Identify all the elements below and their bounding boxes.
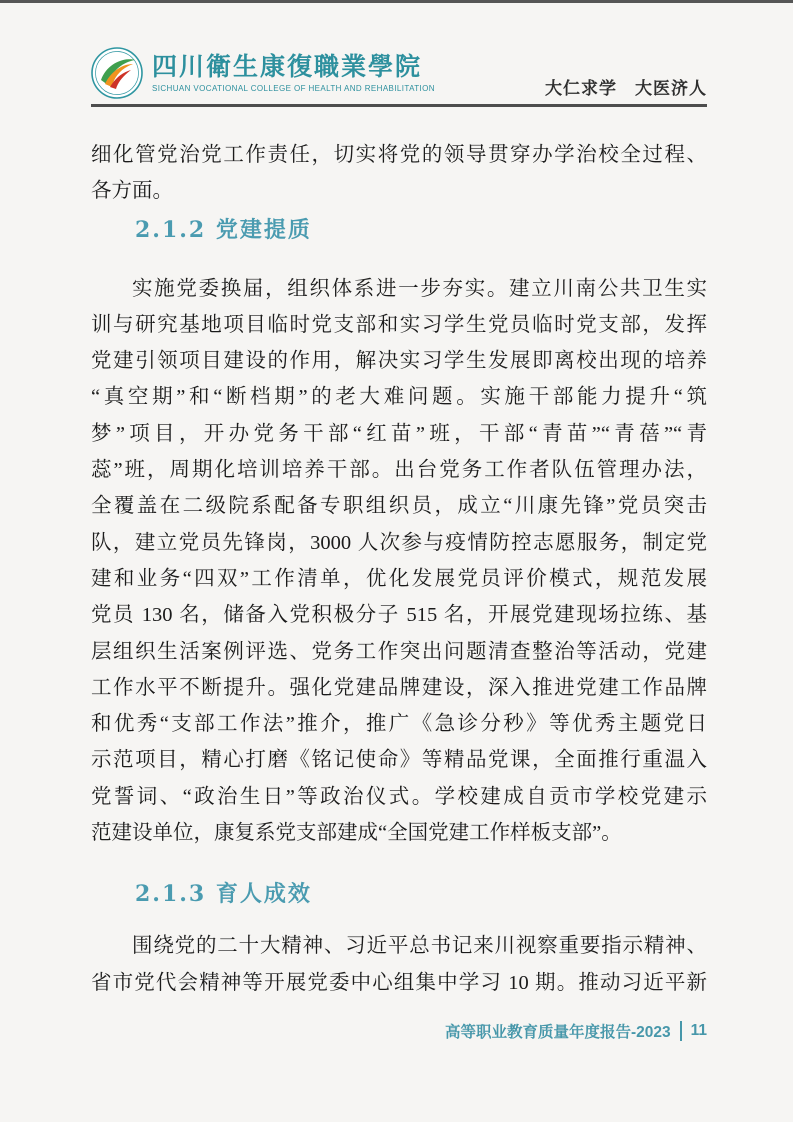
text-line: 党誓词、“政治生日”等政治仪式。学校建成自贡市学校党建示 [91, 779, 707, 815]
text-line: 各方面。 [91, 173, 707, 209]
text-line: 围绕党的二十大精神、习近平总书记来川视察重要指示精神、 [91, 928, 707, 964]
page-footer: 高等职业教育质量年度报告-2023 11 [445, 1020, 707, 1042]
text-line: 省市党代会精神等开展党委中心组集中学习 10 期。推动习近平新 [91, 965, 707, 1001]
paragraph-education-results: 围绕党的二十大精神、习近平总书记来川视察重要指示精神、省市党代会精神等开展党委中… [91, 928, 707, 1001]
section-heading-2-1-2: 2.1.2 党建提质 [91, 213, 707, 247]
text-line: 实施党委换届，组织体系进一步夯实。建立川南公共卫生实 [91, 271, 707, 307]
text-line: 梦”项目，开办党务干部“红苗”班，干部“青苗”“青蓓”“青 [91, 416, 707, 452]
college-motto: 大仁求学 大医济人 [545, 74, 707, 104]
paragraph-party-building: 实施党委换届，组织体系进一步夯实。建立川南公共卫生实训与研究基地项目临时党支部和… [91, 271, 707, 852]
text-line: 全覆盖在二级院系配备专职组织员，成立“川康先锋”党员突击 [91, 488, 707, 524]
text-line: 细化管党治党工作责任，切实将党的领导贯穿办学治校全过程、 [91, 137, 707, 173]
text-line: 党员 130 名，储备入党积极分子 515 名，开展党建现场拉练、基 [91, 597, 707, 633]
college-name: 四川衛生康復職業學院 [152, 53, 435, 81]
college-seal-icon [91, 47, 143, 99]
page-header: 四川衛生康復職業學院 SICHUAN VOCATIONAL COLLEGE OF… [91, 0, 707, 107]
college-logo: 四川衛生康復職業學院 SICHUAN VOCATIONAL COLLEGE OF… [91, 47, 435, 104]
footer-divider [680, 1021, 682, 1041]
text-line: 蕊”班，周期化培训培养干部。出台党务工作者队伍管理办法， [91, 452, 707, 488]
document-body: 细化管党治党工作责任，切实将党的领导贯穿办学治校全过程、各方面。 2.1.2 党… [91, 137, 707, 1001]
text-line: 层组织生活案例评选、党务工作突出问题清查整治等活动，党建 [91, 634, 707, 670]
text-line: 范建设单位，康复系党支部建成“全国党建工作样板支部”。 [91, 815, 707, 851]
text-line: 队，建立党员先锋岗，3000 人次参与疫情防控志愿服务，制定党 [91, 525, 707, 561]
college-name-english: SICHUAN VOCATIONAL COLLEGE OF HEALTH AND… [152, 84, 435, 93]
paragraph-continuation: 细化管党治党工作责任，切实将党的领导贯穿办学治校全过程、各方面。 [91, 137, 707, 210]
college-logo-text: 四川衛生康復職業學院 SICHUAN VOCATIONAL COLLEGE OF… [152, 53, 435, 93]
text-line: 示范项目，精心打磨《铭记使命》等精品党课，全面推行重温入 [91, 742, 707, 778]
document-page: 四川衛生康復職業學院 SICHUAN VOCATIONAL COLLEGE OF… [0, 0, 793, 1122]
text-line: 建和业务“四双”工作清单，优化发展党员评价模式，规范发展 [91, 561, 707, 597]
text-line: 工作水平不断提升。强化党建品牌建设，深入推进党建工作品牌 [91, 670, 707, 706]
section-heading-2-1-3: 2.1.3 育人成效 [91, 877, 707, 911]
text-line: 和优秀“支部工作法”推介，推广《急诊分秒》等优秀主题党日 [91, 706, 707, 742]
text-line: 党建引领项目建设的作用，解决实习学生发展即离校出现的培养 [91, 343, 707, 379]
text-line: 训与研究基地项目临时党支部和实习学生党员临时党支部，发挥 [91, 307, 707, 343]
text-line: “真空期”和“断档期”的老大难问题。实施干部能力提升“筑 [91, 379, 707, 415]
report-title: 高等职业教育质量年度报告-2023 [445, 1020, 671, 1042]
page-number: 11 [691, 1022, 707, 1040]
